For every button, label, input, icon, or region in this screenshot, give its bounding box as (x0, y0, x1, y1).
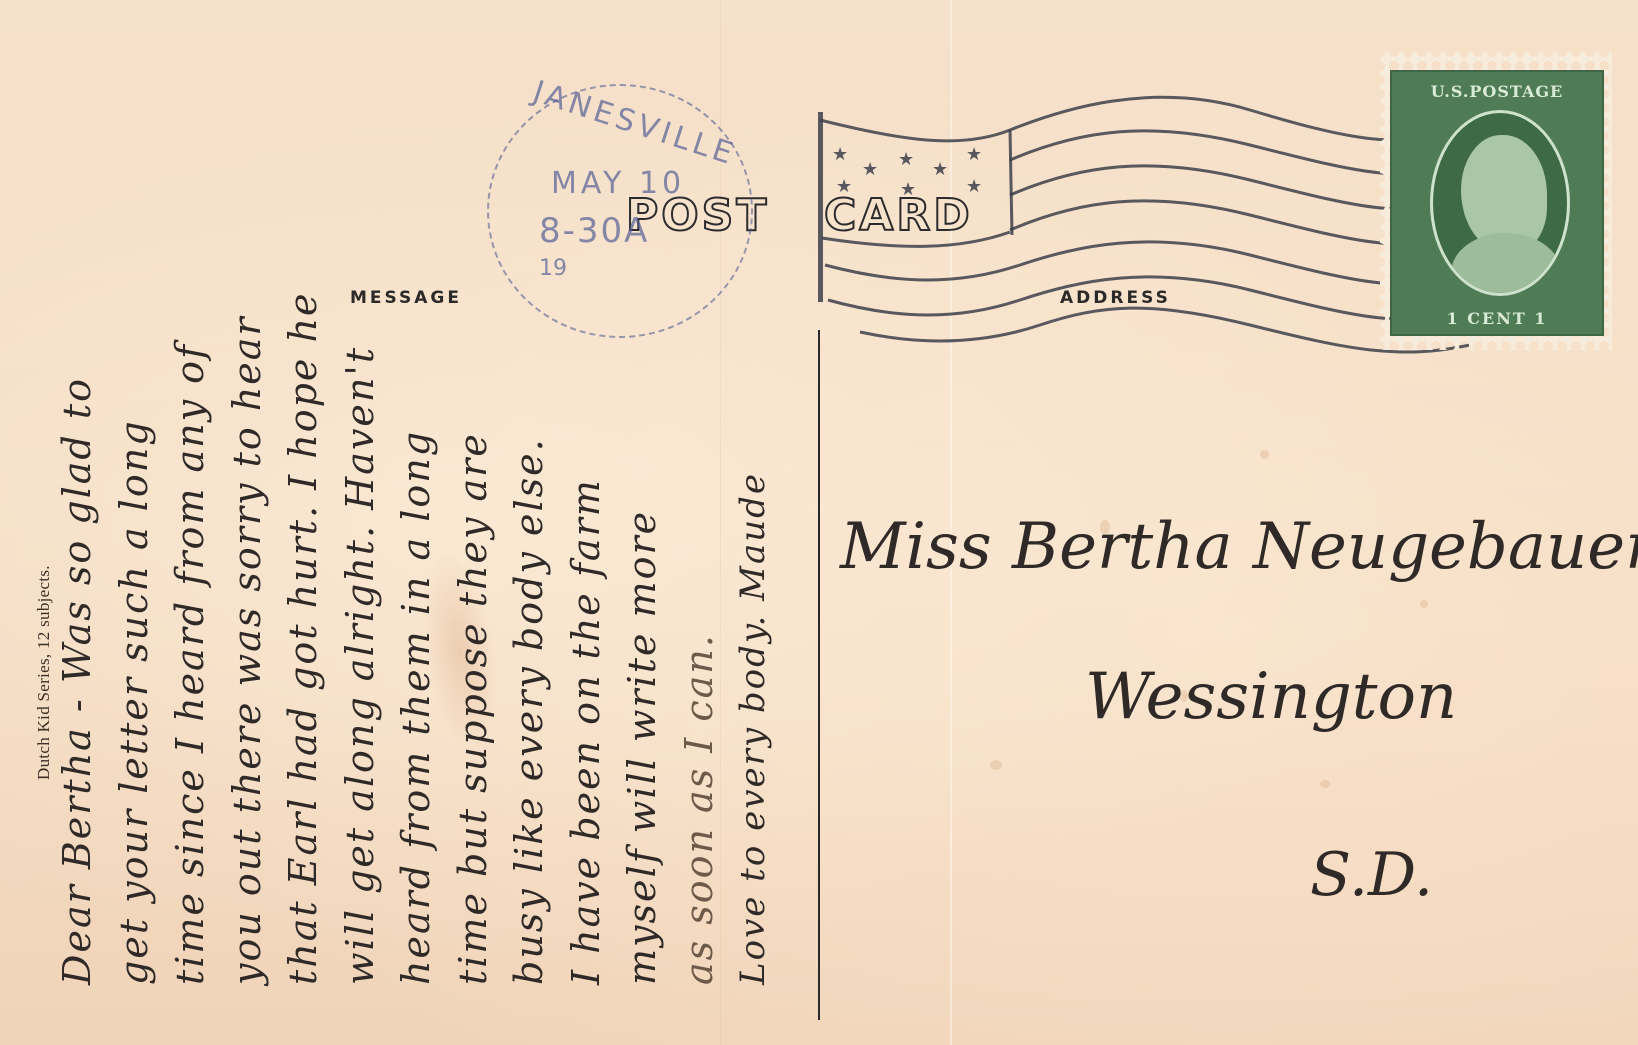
series-caption: Dutch Kid Series, 12 subjects. (34, 565, 54, 780)
svg-text:★: ★ (898, 149, 914, 170)
message-line: will get along alright. Haven't (338, 346, 382, 985)
postcard-back: ★★★ ★★ ★★★ POST CARD MESSAGE ADDRESS Dut… (0, 0, 1638, 1045)
postmark-date: MAY 10 (551, 166, 685, 201)
message-line: busy like every body else. (507, 437, 551, 985)
message-line: heard from them in a long (394, 430, 438, 985)
message-line: time but suppose they are (451, 432, 495, 985)
svg-text:★: ★ (862, 159, 878, 180)
postmark-year: 19 (539, 256, 567, 281)
message-line: myself will write more (620, 510, 664, 985)
stamp-portrait (1430, 110, 1570, 296)
postmark-circle: JANESVILLE MAY 10 8-30A 19 (487, 84, 753, 338)
message-line: get your letter such a long (112, 419, 156, 985)
message-line: that Earl had got hurt. I hope he (281, 292, 325, 985)
recipient-city: Wessington (1085, 660, 1457, 734)
address-label: ADDRESS (1060, 288, 1171, 308)
postage-stamp: U.S.POSTAGE 1 CENT 1 (1390, 70, 1604, 336)
message-line: Love to every body. Maude (733, 472, 773, 985)
svg-text:★: ★ (966, 144, 982, 165)
message-address-divider (818, 330, 820, 1020)
message-label: MESSAGE (350, 288, 462, 308)
svg-text:★: ★ (932, 159, 948, 180)
message-line: as soon as I can. (677, 633, 721, 985)
message-line: Dear Bertha - Was so glad to (55, 377, 99, 985)
stamp-bottom-text: 1 CENT 1 (1392, 309, 1602, 328)
portrait-bust-icon (1451, 233, 1561, 296)
stamp-top-text: U.S.POSTAGE (1392, 82, 1602, 101)
svg-text:★: ★ (832, 144, 848, 165)
recipient-state: S.D. (1310, 840, 1433, 910)
recipient-name: Miss Bertha Neugebauer (840, 510, 1638, 584)
message-line: I have been on the farm (564, 478, 608, 985)
message-line: you out there was sorry to hear (225, 315, 269, 985)
card-title-part2: CARD (824, 190, 973, 241)
postmark-time: 8-30A (539, 211, 649, 251)
message-line: time since I heard from any of (168, 343, 212, 985)
